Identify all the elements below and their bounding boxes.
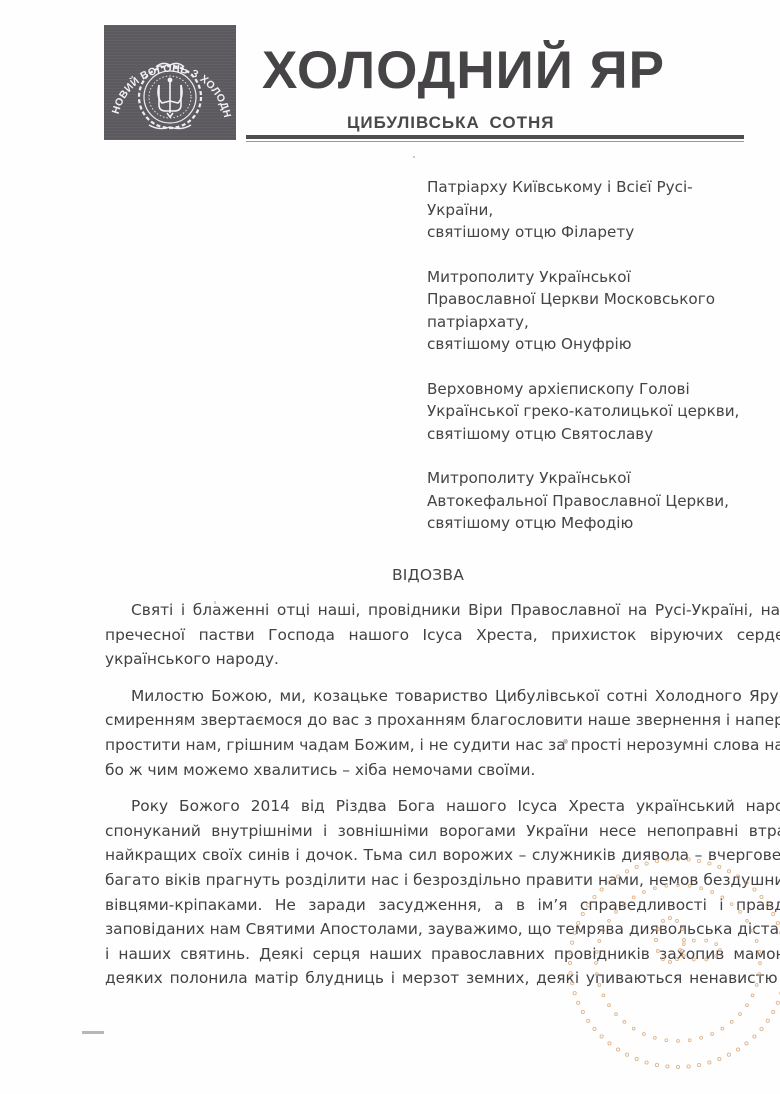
- paragraph-greeting: Святі і блаженні отці наші, провідники В…: [105, 598, 780, 672]
- addressee-line: Верховному архієпископу Голові: [427, 378, 767, 401]
- scan-artifact: [214, 601, 216, 604]
- paragraph-appeal: Милостю Божою, ми, козацьке товариство Ц…: [105, 684, 780, 782]
- ink-spot: [563, 739, 568, 744]
- addressee-onufriy: Митрополиту Української Православної Цер…: [427, 266, 767, 356]
- body-line: заповіданих нам Святими Апостолами, заув…: [105, 917, 780, 942]
- document-page: І ВІЧНИЙ НОВИЙ ВОГОНЬ З ХОЛОДНОГО ЯРУ ХО…: [0, 0, 780, 1094]
- organization-logo: І ВІЧНИЙ НОВИЙ ВОГОНЬ З ХОЛОДНОГО ЯРУ: [104, 25, 236, 140]
- addressee-line: Автокефальної Православної Церкви,: [427, 490, 767, 513]
- body-line: смиренням звертаємося до вас з проханням…: [105, 708, 780, 733]
- organization-subtitle: ЦИБУЛІВСЬКА СОТНЯ: [347, 113, 554, 133]
- header-divider-thin: [246, 141, 744, 142]
- body-line: Милостю Божою, ми, козацьке товариство Ц…: [105, 684, 780, 709]
- body-line: українського народу.: [105, 647, 780, 672]
- paragraph-context: Року Божого 2014 від Різдва Бога нашого …: [105, 794, 780, 991]
- svg-text:І ВІЧНИЙ НОВИЙ ВОГОНЬ З ХОЛОДН: І ВІЧНИЙ НОВИЙ ВОГОНЬ З ХОЛОДНОГО ЯРУ: [104, 25, 233, 119]
- organization-title: ХОЛОДНИЙ ЯР: [262, 44, 665, 97]
- body-line: і наших святинь. Деякі серця наших право…: [105, 942, 780, 967]
- body-line: спонуканий внутрішніми і зовнішніми воро…: [105, 819, 780, 844]
- addressee-line: Української греко-католицької церкви,: [427, 400, 767, 423]
- body-line: бо ж чим можемо хвалитись – хіба немочам…: [105, 758, 780, 783]
- addressee-block: Патріарху Київському і Всієї Русі- Украї…: [427, 176, 767, 557]
- body-line: пречесної пастви Господа нашого Ісуса Хр…: [105, 623, 780, 648]
- addressee-mefodiy: Митрополиту Української Автокефальної Пр…: [427, 467, 767, 535]
- header-divider: [246, 135, 744, 139]
- body-line: простити нам, грішним чадам Божим, і не …: [105, 733, 780, 758]
- addressee-line: Православної Церкви Московського: [427, 288, 767, 311]
- scan-artifact: [82, 1031, 104, 1034]
- addressee-line: святішому отцю Мефодію: [427, 512, 767, 535]
- trident-emblem-icon: І ВІЧНИЙ НОВИЙ ВОГОНЬ З ХОЛОДНОГО ЯРУ: [104, 25, 236, 140]
- addressee-filaret: Патріарху Київському і Всієї Русі- Украї…: [427, 176, 767, 244]
- body-line: найкращих своїх синів і дочок. Тьма сил …: [105, 843, 780, 868]
- addressee-line: патріархату,: [427, 311, 767, 334]
- logo-arc-text: І ВІЧНИЙ НОВИЙ ВОГОНЬ З ХОЛОДНОГО ЯРУ: [104, 25, 233, 119]
- addressee-line: Патріарху Київському і Всієї Русі-: [427, 176, 767, 199]
- addressee-line: святішому отцю Філарету: [427, 221, 767, 244]
- body-line: Святі і блаженні отці наші, провідники В…: [105, 598, 780, 623]
- body-line: багато віків прагнуть розділити нас і бе…: [105, 868, 780, 893]
- document-body: Святі і блаженні отці наші, провідники В…: [105, 598, 780, 1003]
- addressee-line: України,: [427, 199, 767, 222]
- addressee-sviatoslav: Верховному архієпископу Голові Українськ…: [427, 378, 767, 446]
- addressee-line: святішому отцю Святославу: [427, 423, 767, 446]
- body-line: Року Божого 2014 від Різдва Бога нашого …: [105, 794, 780, 819]
- addressee-line: святішому отцю Онуфрію: [427, 333, 767, 356]
- scan-artifact: [413, 156, 415, 158]
- document-title: ВІДОЗВА: [0, 566, 780, 584]
- body-line: вівцями-кріпаками. Не заради засудження,…: [105, 893, 780, 918]
- body-line: деяких полонила матір блудниць і мерзот …: [105, 966, 780, 991]
- addressee-line: Митрополиту Української: [427, 467, 767, 490]
- addressee-line: Митрополиту Української: [427, 266, 767, 289]
